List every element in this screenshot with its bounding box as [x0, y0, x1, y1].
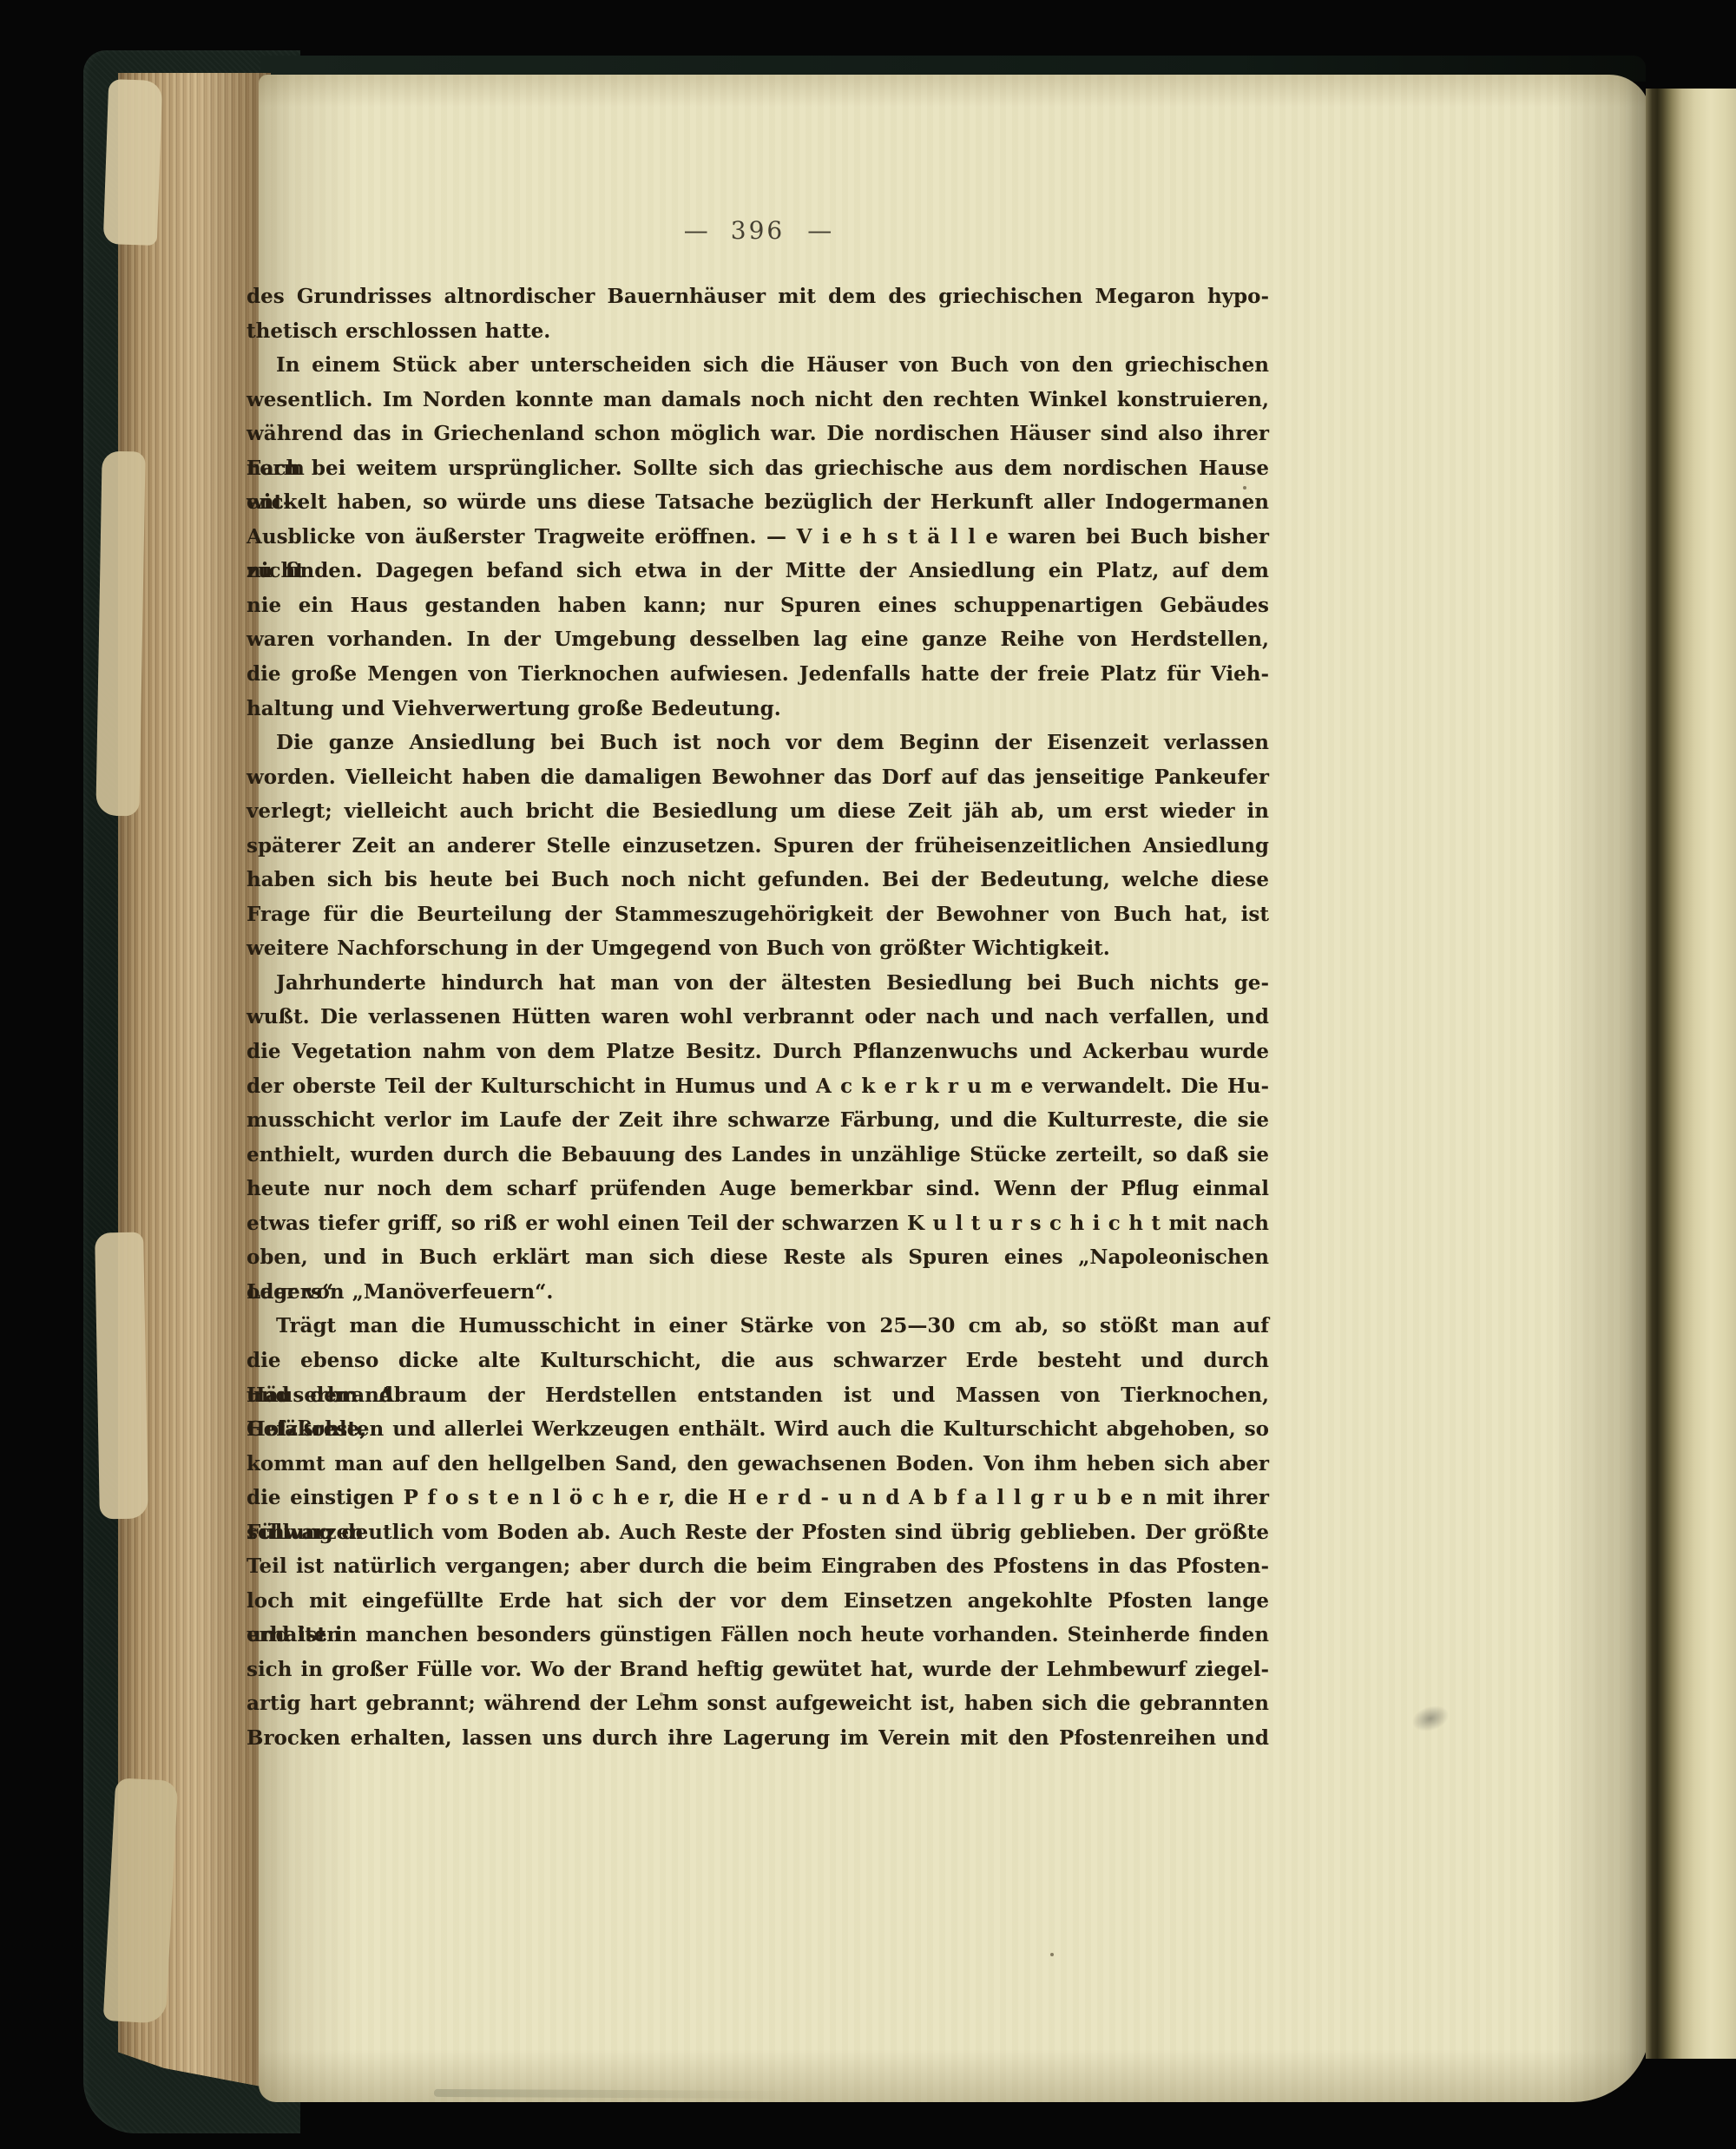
header-dash-right: —	[807, 216, 832, 245]
text-line: der oberste Teil der Kulturschicht in Hu…	[247, 1069, 1269, 1104]
text-line: nach bei weitem ursprünglicher. Sollte s…	[247, 451, 1269, 486]
text-line: kommt man auf den hellgelben Sand, den g…	[247, 1447, 1269, 1482]
text-line: oder von „Manöverfeuern“.	[247, 1275, 1269, 1310]
text-line: waren vorhanden. In der Umgebung desselb…	[247, 622, 1269, 657]
text-line: sich in großer Fülle vor. Wo der Brand h…	[247, 1653, 1269, 1687]
text-line: wesentlich. Im Norden konnte man damals …	[247, 383, 1269, 417]
text-line: späterer Zeit an anderer Stelle einzuset…	[247, 829, 1269, 864]
text-line: Füllung deutlich vom Boden ab. Auch Rest…	[247, 1515, 1269, 1550]
page-header: —396—	[247, 214, 1269, 248]
page-number: 396	[731, 216, 785, 245]
text-line: heute nur noch dem scharf prüfenden Auge…	[247, 1172, 1269, 1206]
text-line: Frage für die Beurteilung der Stammeszug…	[247, 897, 1269, 932]
torn-paper-patch	[95, 1232, 148, 1520]
text-line: etwas tiefer griff, so riß er wohl einen…	[247, 1206, 1269, 1241]
torn-paper-patch	[103, 1778, 179, 2023]
dust-speck	[1243, 486, 1246, 490]
text-line: die ebenso dicke alte Kulturschicht, die…	[247, 1344, 1269, 1378]
text-line: wickelt haben, so würde uns diese Tatsac…	[247, 485, 1269, 520]
text-line: haltung und Viehverwertung große Bedeutu…	[247, 692, 1269, 726]
text-line: worden. Vielleicht haben die damaligen B…	[247, 760, 1269, 795]
text-line: oben, und in Buch erklärt man sich diese…	[247, 1240, 1269, 1275]
text-line: artig hart gebrannt; während der Lehm so…	[247, 1686, 1269, 1721]
text-line: und ist in manchen besonders günstigen F…	[247, 1618, 1269, 1653]
book-scan: —396— des Grundrisses altnordischer Baue…	[0, 0, 1736, 2149]
text-line: nie ein Haus gestanden haben kann; nur S…	[247, 588, 1269, 623]
dust-speck	[1050, 1953, 1054, 1956]
text-line: zu finden. Dagegen befand sich etwa in d…	[247, 554, 1269, 588]
text-line: Teil ist natürlich vergangen; aber durch…	[247, 1549, 1269, 1584]
text-line: In einem Stück aber unterscheiden sich d…	[247, 348, 1269, 383]
dust-speck	[822, 1078, 825, 1081]
text-line: die Vegetation nahm von dem Platze Besit…	[247, 1035, 1269, 1069]
torn-paper-patch	[95, 451, 145, 817]
text-line: enthielt, wurden durch die Bebauung des …	[247, 1138, 1269, 1173]
text-line: die große Mengen von Tierknochen aufwies…	[247, 657, 1269, 692]
text-line: Die ganze Ansiedlung bei Buch ist noch v…	[247, 726, 1269, 760]
text-line: Trägt man die Humusschicht in einer Stär…	[247, 1309, 1269, 1344]
dust-speck	[660, 1692, 663, 1696]
text-line: Brocken erhalten, lassen uns durch ihre …	[247, 1721, 1269, 1756]
dust-speck	[514, 1055, 517, 1059]
text-line: haben sich bis heute bei Buch noch nicht…	[247, 863, 1269, 897]
text-line: die einstigen P f o s t e n l ö c h e r,…	[247, 1481, 1269, 1515]
text-line: des Grundrisses altnordischer Bauernhäus…	[247, 279, 1269, 314]
adjacent-page-edge	[1646, 89, 1736, 2059]
text-line: thetisch erschlossen hatte.	[247, 314, 1269, 349]
text-line: wußt. Die verlassenen Hütten waren wohl …	[247, 1000, 1269, 1035]
text-line: verlegt; vielleicht auch bricht die Besi…	[247, 794, 1269, 829]
torn-paper-patch	[103, 79, 163, 246]
text-line: musschicht verlor im Laufe der Zeit ihre…	[247, 1103, 1269, 1138]
text-line: Gefäßresten und allerlei Werkzeugen enth…	[247, 1412, 1269, 1447]
text-line: weitere Nachforschung in der Umgegend vo…	[247, 931, 1269, 966]
text-line: und dem Abraum der Herdstellen entstande…	[247, 1378, 1269, 1413]
header-dash-left: —	[684, 216, 708, 245]
dust-speck	[840, 1252, 844, 1256]
text-line: Ausblicke von äußerster Tragweite eröffn…	[247, 520, 1269, 555]
page-text: des Grundrisses altnordischer Bauernhäus…	[247, 279, 1269, 1756]
text-line: loch mit eingefüllte Erde hat sich der v…	[247, 1584, 1269, 1619]
text-line: Jahrhunderte hindurch hat man von der äl…	[247, 966, 1269, 1001]
text-line: während das in Griechenland schon möglic…	[247, 417, 1269, 451]
